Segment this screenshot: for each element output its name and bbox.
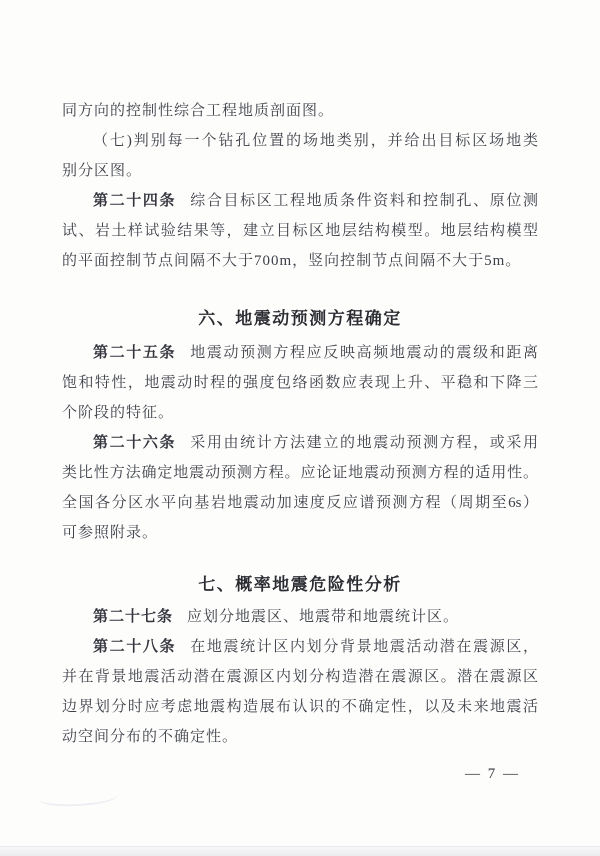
- document-text-block: 同方向的控制性综合工程地质剖面图。 （七)判别每一个钻孔位置的场地类别，并给出目…: [62, 96, 538, 752]
- text-line: 饱和特性，地震动时程的强度包络函数应表现上升、平稳和下降三: [62, 368, 538, 398]
- clause-26-term: 第二十六条: [93, 435, 176, 451]
- clause-28-text: 在地震统计区内划分背景地震活动潜在震源区，: [190, 639, 538, 655]
- clause-25-text: 地震动预测方程应反映高频地震动的震级和距离: [190, 345, 538, 361]
- clause-26-text: 采用由统计方法建立的地震动预测方程，或采用: [190, 435, 538, 451]
- text-line: 可参照附录。: [62, 518, 538, 548]
- text-line: 个阶段的特征。: [62, 398, 538, 428]
- text-line: 动空间分布的不确定性。: [62, 722, 538, 752]
- text-line: （七)判别每一个钻孔位置的场地类别，并给出目标区场地类: [62, 126, 538, 156]
- page-number: — 7 —: [465, 766, 520, 783]
- clause-27-text: 应划分地震区、地震带和地震统计区。: [187, 609, 459, 625]
- clause-26-first-line: 第二十六条采用由统计方法建立的地震动预测方程，或采用: [62, 428, 538, 458]
- clause-27-first-line: 第二十七条应划分地震区、地震带和地震统计区。: [62, 602, 538, 632]
- clause-28-term: 第二十八条: [93, 639, 176, 655]
- clause-24-first-line: 第二十四条综合目标区工程地质条件资料和控制孔、原位测: [62, 186, 538, 216]
- clause-24-term: 第二十四条: [93, 193, 176, 209]
- section-heading-six: 六、地震动预测方程确定: [62, 304, 538, 334]
- clause-25-first-line: 第二十五条地震动预测方程应反映高频地震动的震级和距离: [62, 338, 538, 368]
- document-page: 同方向的控制性综合工程地质剖面图。 （七)判别每一个钻孔位置的场地类别，并给出目…: [0, 0, 600, 856]
- clause-28-first-line: 第二十八条在地震统计区内划分背景地震活动潜在震源区，: [62, 632, 538, 662]
- text-line: 别分区图。: [62, 156, 538, 186]
- text-line: 试、岩土样试验结果等，建立目标区地层结构模型。地层结构模型: [62, 216, 538, 246]
- page-bottom-edge: [0, 846, 600, 856]
- text-line: 类比性方法确定地震动预测方程。应论证地震动预测方程的适用性。: [62, 458, 538, 488]
- clause-24-text: 综合目标区工程地质条件资料和控制孔、原位测: [190, 193, 538, 209]
- scan-artifact: [38, 786, 119, 808]
- text-line: 边界划分时应考虑地震构造展布认识的不确定性，以及未来地震活: [62, 692, 538, 722]
- text-line: 同方向的控制性综合工程地质剖面图。: [62, 96, 538, 126]
- clause-25-term: 第二十五条: [93, 345, 176, 361]
- text-line: 并在背景地震活动潜在震源区内划分构造潜在震源区。潜在震源区: [62, 662, 538, 692]
- section-heading-seven: 七、概率地震危险性分析: [62, 570, 538, 600]
- text-line: 的平面控制节点间隔不大于700m，竖向控制节点间隔不大于5m。: [62, 246, 538, 276]
- clause-27-term: 第二十七条: [93, 609, 173, 625]
- text-line: 全国各分区水平向基岩地震动加速度反应谱预测方程（周期至6s）: [62, 488, 538, 518]
